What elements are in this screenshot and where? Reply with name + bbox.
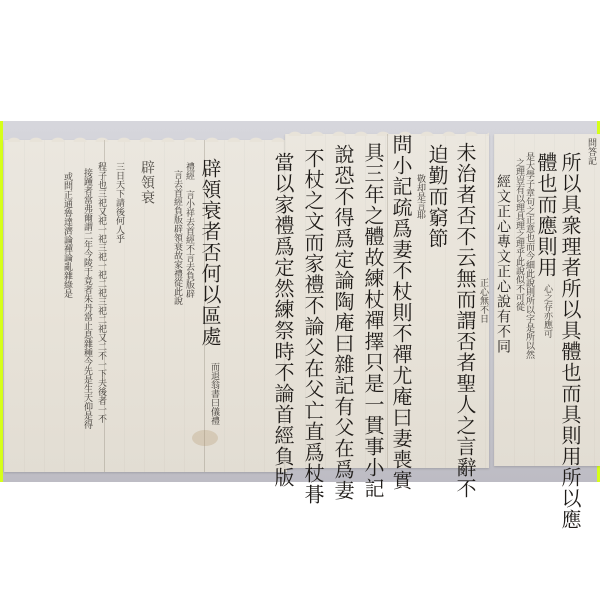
annotation-column: 接踵者當弗爾謂二年今陵于竟者朱丹當止息雜種今先是生天仰是得 xyxy=(82,168,91,429)
annotation-column: 禮經 言小祥去首經不言去負版辟 xyxy=(184,162,193,298)
header-note: 問答記 xyxy=(586,138,595,165)
text-column: 問小記疏爲妻不杖則不禪尤庵曰妻喪實 xyxy=(391,134,411,491)
text-column: 經文正心專文正心說有不同 xyxy=(496,174,510,354)
manuscript-sheet-left: 辟領衰者否何以區處 禮經 言小祥去首經不言去負版辟 言去首經負版辟領衰故家禮從此… xyxy=(4,140,287,472)
text-column: 說恐不得爲定論陶庵曰雜記有父在爲妻 xyxy=(333,144,353,501)
paper-crease xyxy=(387,134,388,468)
annotation-column: 是大學子章句之正意也而今細此說則所以字是所以然 xyxy=(524,152,533,359)
annotation-column: 三日天下請後何人乎 xyxy=(114,162,123,243)
text-column: 迫勤而窮節 xyxy=(427,144,447,249)
annotation-column: 敬却是言耶 xyxy=(415,174,424,219)
annotation-column: 心之存亦應可 xyxy=(542,284,551,338)
annotation-column: 之理豈有以理具理之理乎此說似不可從 xyxy=(514,158,523,311)
annotation-column: 言去首經負版辟領衰故家禮從此說 xyxy=(172,170,181,305)
left-edge-marker xyxy=(0,121,3,482)
paper-stain xyxy=(192,430,218,446)
annotation-column: 程子也三祀又祀一祀三祀一祀二祀三祀二祀又二不一下夫後者一不 xyxy=(96,162,105,423)
text-column: 辟領衰者否何以區處 xyxy=(200,158,220,347)
text-column: 未治者否不云無而謂否者聖人之言辭不 xyxy=(455,142,475,499)
text-column: 不杖之文而家禮不論父在父亡直爲杖朞 xyxy=(303,148,323,505)
torn-edge xyxy=(4,134,287,142)
text-column: 所以具衆理者所以具體也而具則用所以應 xyxy=(560,152,580,530)
text-column: 體也而應則用 xyxy=(536,152,556,278)
annotation-column: 正心無不日 xyxy=(478,278,487,323)
annotation-column: 而退翁書曰儀禮 xyxy=(209,362,218,425)
heading-column: 辟領衰 xyxy=(140,160,154,205)
manuscript-sheet-right: 問答記 所以具衆理者所以具體也而具則用所以應 體也而應則用 是大學子章句之正意也… xyxy=(494,134,600,466)
text-column: 具三年之體故練杖禪擇只是一貫事小記 xyxy=(363,142,383,499)
manuscript-sheet-middle: 未治者否不云無而謂否者聖人之言辭不 迫勤而窮節 敬却是言耶 問小記疏爲妻不杖則不… xyxy=(285,134,489,468)
text-column: 當以家禮爲定然練祭時不論首經負版 xyxy=(273,152,293,488)
annotation-column: 或問正通魯達濟論禪論亂雜綠是 xyxy=(62,172,71,298)
